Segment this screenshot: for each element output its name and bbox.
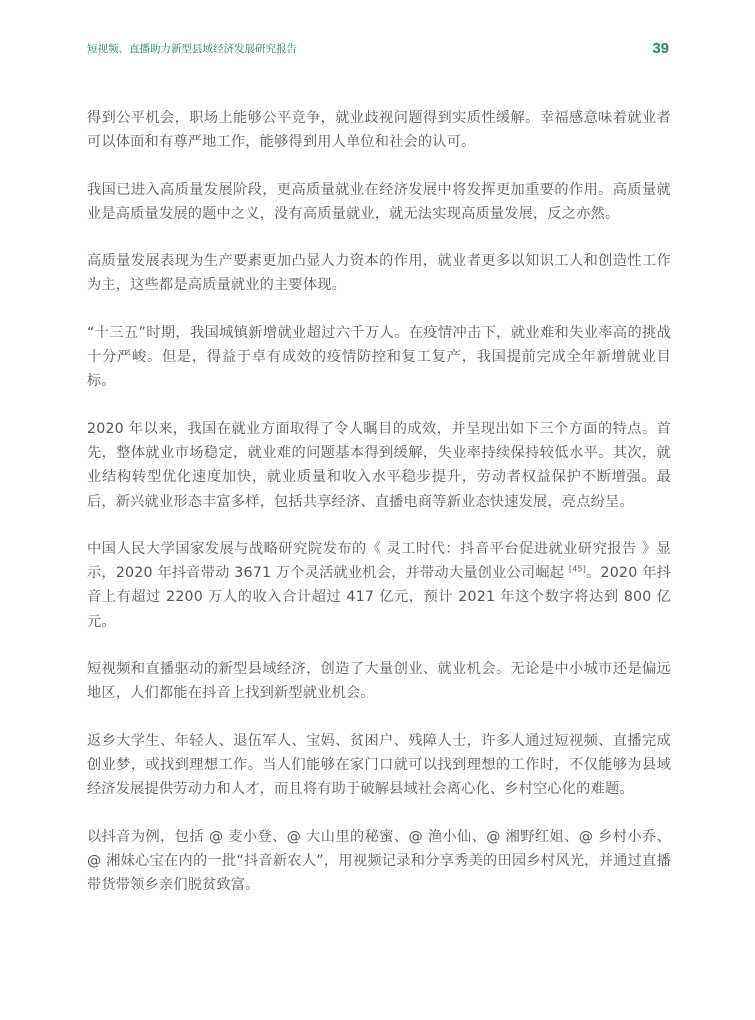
running-title: 短视频、直播助力新型县域经济发展研究报告 <box>87 41 297 56</box>
citation-ref-45[interactable]: [45] <box>569 564 586 573</box>
paragraph-8: 返乡大学生、年轻人、退伍军人、宝妈、贫困户、残障人士，许多人通过短视频、直播完成… <box>87 729 671 802</box>
body-text: 得到公平机会，职场上能够公平竞争，就业歧视问题得到实质性缓解。幸福感意味着就业者… <box>87 106 671 920</box>
paragraph-7: 短视频和直播驱动的新型县域经济，创造了大量创业、就业机会。无论是中小城市还是偏远… <box>87 657 671 706</box>
paragraph-9: 以抖音为例，包括 @ 麦小登、@ 大山里的秘蜜、@ 渔小仙、@ 湘野红姐、@ 乡… <box>87 825 671 898</box>
paragraph-4: “十三五”时期，我国城镇新增就业超过六千万人。在疫情冲击下，就业难和失业率高的挑… <box>87 321 671 394</box>
paragraph-5: 2020 年以来，我国在就业方面取得了令人瞩目的成效，并呈现出如下三个方面的特点… <box>87 417 671 514</box>
paragraph-2: 我国已进入高质量发展阶段，更高质量就业在经济发展中将发挥更加重要的作用。高质量就… <box>87 178 671 227</box>
page-number: 39 <box>652 40 669 57</box>
page-header: 短视频、直播助力新型县域经济发展研究报告 39 <box>87 38 669 58</box>
paragraph-6-text-before-ref: 中国人民大学国家发展与战略研究院发布的《 灵工时代：抖音平台促进就业研究报告 》… <box>87 541 671 581</box>
paragraph-3: 高质量发展表现为生产要素更加凸显人力资本的作用，就业者更多以知识工人和创造性工作… <box>87 249 671 298</box>
paragraph-1: 得到公平机会，职场上能够公平竞争，就业歧视问题得到实质性缓解。幸福感意味着就业者… <box>87 106 671 155</box>
paragraph-6: 中国人民大学国家发展与战略研究院发布的《 灵工时代：抖音平台促进就业研究报告 》… <box>87 537 671 634</box>
